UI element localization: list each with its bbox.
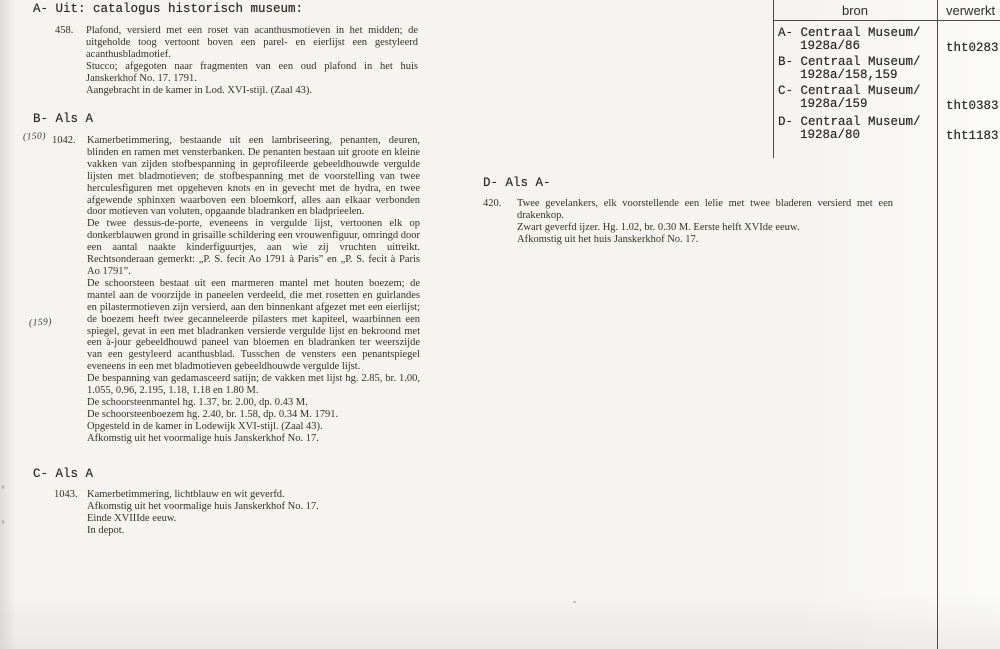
item-420-number: 420.: [483, 198, 501, 209]
item-1042-paragraph: De schoorsteen bestaat uit een marmeren …: [87, 278, 420, 373]
scanned-catalog-page: A- Uit: catalogus historisch museum: 458…: [0, 0, 1000, 649]
section-c-heading: C- Als A: [33, 467, 93, 481]
item-1043-paragraph: Afkomstig uit het voormalige huis Janske…: [87, 501, 427, 513]
bron-entry-a: A- Centraal Museum/ 1928a/86: [778, 27, 921, 53]
item-1042-paragraph: Opgesteld in de kamer in Lodewijk XVI-st…: [87, 421, 420, 433]
item-420-paragraph: Afkomstig uit het huis Janskerkhof No. 1…: [517, 234, 893, 246]
bron-entry-ref: 1928a/158,159: [778, 69, 921, 82]
bron-entry-ref: 1928a/86: [778, 40, 921, 53]
table-header-bron: bron: [773, 3, 937, 18]
item-458-paragraph: Plafond, versierd met een roset van acan…: [86, 25, 418, 61]
bron-entry-label: B-: [778, 55, 793, 69]
scan-speck: [2, 520, 4, 524]
section-d-heading: D- Als A-: [483, 176, 551, 190]
table-header-verwerkt: verwerkt: [946, 3, 995, 18]
item-1042-paragraph: Kamerbetimmering, bestaande uit een lamb…: [87, 135, 420, 218]
bron-entry-d: D- Centraal Museum/ 1928a/80: [778, 116, 921, 142]
item-1043-paragraph: Kamerbetimmering, lichtblauw en wit geve…: [87, 489, 427, 501]
item-458-body: Plafond, versierd met een roset van acan…: [86, 25, 418, 96]
table-column-divider: [937, 0, 938, 649]
item-1042-body: Kamerbetimmering, bestaande uit een lamb…: [87, 135, 420, 445]
bron-entry-label: D-: [778, 115, 793, 129]
section-b-heading: B- Als A: [33, 112, 93, 126]
item-1042-paragraph: De twee dessus-de-porte, eveneens in ver…: [87, 218, 420, 278]
item-1042-number: 1042.: [52, 135, 76, 146]
item-458-number: 458.: [55, 25, 73, 36]
scan-speck: [2, 485, 4, 489]
item-1043-number: 1043.: [54, 489, 78, 500]
bron-entry-b: B- Centraal Museum/ 1928a/158,159: [778, 56, 921, 82]
item-1043-paragraph: In depot.: [87, 525, 427, 537]
item-420-body: Twee gevelankers, elk voorstellende een …: [517, 198, 893, 246]
bron-entry-source: Centraal Museum/: [801, 84, 921, 98]
item-1042-paragraph: De bespanning van gedamasceerd satijn; d…: [87, 373, 420, 397]
bron-entry-label: A-: [778, 26, 793, 40]
bron-entry-source: Centraal Museum/: [801, 26, 921, 40]
verwerkt-value-c: tht0383: [946, 99, 999, 113]
bron-entry-label: C-: [778, 84, 793, 98]
item-420-paragraph: Twee gevelankers, elk voorstellende een …: [517, 198, 893, 222]
item-1042-paragraph: De schoorsteenboezem hg. 2.40, br. 1.58,…: [87, 409, 420, 421]
bron-entry-source: Centraal Museum/: [801, 115, 921, 129]
item-1042-paragraph: Afkomstig uit het voormalige huis Janske…: [87, 433, 420, 445]
item-458-paragraph: Stucco; afgegoten naar fragmenten van ee…: [86, 61, 418, 85]
item-420-paragraph: Zwart geverfd ijzer. Hg. 1.02, br. 0.30 …: [517, 222, 893, 234]
table-left-border: [773, 0, 774, 158]
bron-entry-source: Centraal Museum/: [801, 55, 921, 69]
item-458-paragraph: Aangebracht in de kamer in Lod. XVI-stij…: [86, 85, 418, 97]
item-1043-body: Kamerbetimmering, lichtblauw en wit geve…: [87, 489, 427, 537]
section-a-heading: A- Uit: catalogus historisch museum:: [33, 2, 303, 16]
item-1043-paragraph: Einde XVIIIde eeuw.: [87, 513, 427, 525]
scan-speck: [573, 601, 576, 603]
handwritten-margin-note-159: (159): [29, 317, 53, 329]
verwerkt-value-a: tht0283: [946, 41, 999, 55]
bron-entry-ref: 1928a/159: [778, 98, 921, 111]
item-1042-paragraph: De schoorsteenmantel hg. 1.37, br. 2.00,…: [87, 397, 420, 409]
bron-entry-ref: 1928a/80: [778, 129, 921, 142]
table-header-underline: [773, 20, 1000, 21]
verwerkt-value-d: tht1183: [946, 129, 999, 143]
handwritten-margin-note-150: (150): [23, 131, 47, 143]
bron-entry-c: C- Centraal Museum/ 1928a/159: [778, 85, 921, 111]
